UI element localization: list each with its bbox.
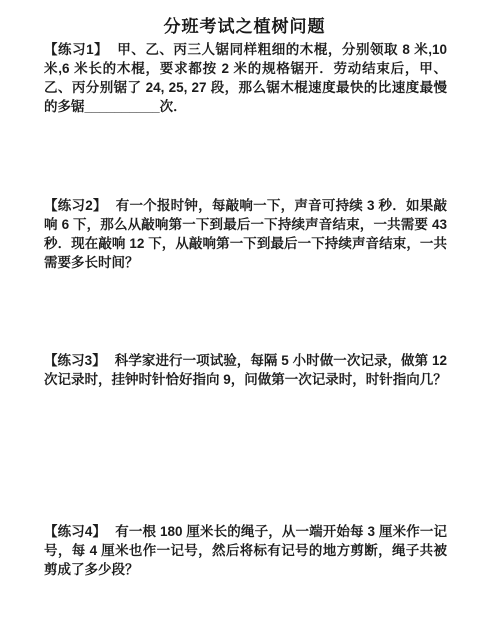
problem-1-label: 【练习1】 xyxy=(44,42,108,57)
problem-item-2: 【练习2】有一个报时钟，每敲响一下，声音可持续 3 秒．如果敲响 6 下，那么从… xyxy=(44,196,447,272)
problem-4-label: 【练习4】 xyxy=(44,524,106,539)
problem-3-label: 【练习3】 xyxy=(44,353,106,368)
problem-item-3: 【练习3】科学家进行一项试验，每隔 5 小时做一次记录，做第 12 次记录时，挂… xyxy=(44,351,447,389)
problem-item-1: 【练习1】甲、乙、丙三人锯同样粗细的木棍，分别领取 8 米,10 米,6 米长的… xyxy=(44,40,447,116)
problem-2-label: 【练习2】 xyxy=(44,198,107,213)
worksheet-page: 分班考试之植树问题 【练习1】甲、乙、丙三人锯同样粗细的木棍，分别领取 8 米,… xyxy=(0,0,489,644)
problem-item-4: 【练习4】有一根 180 厘米长的绳子，从一端开始每 3 厘米作一记号，每 4 … xyxy=(44,522,447,579)
page-title: 分班考试之植树问题 xyxy=(0,12,489,37)
